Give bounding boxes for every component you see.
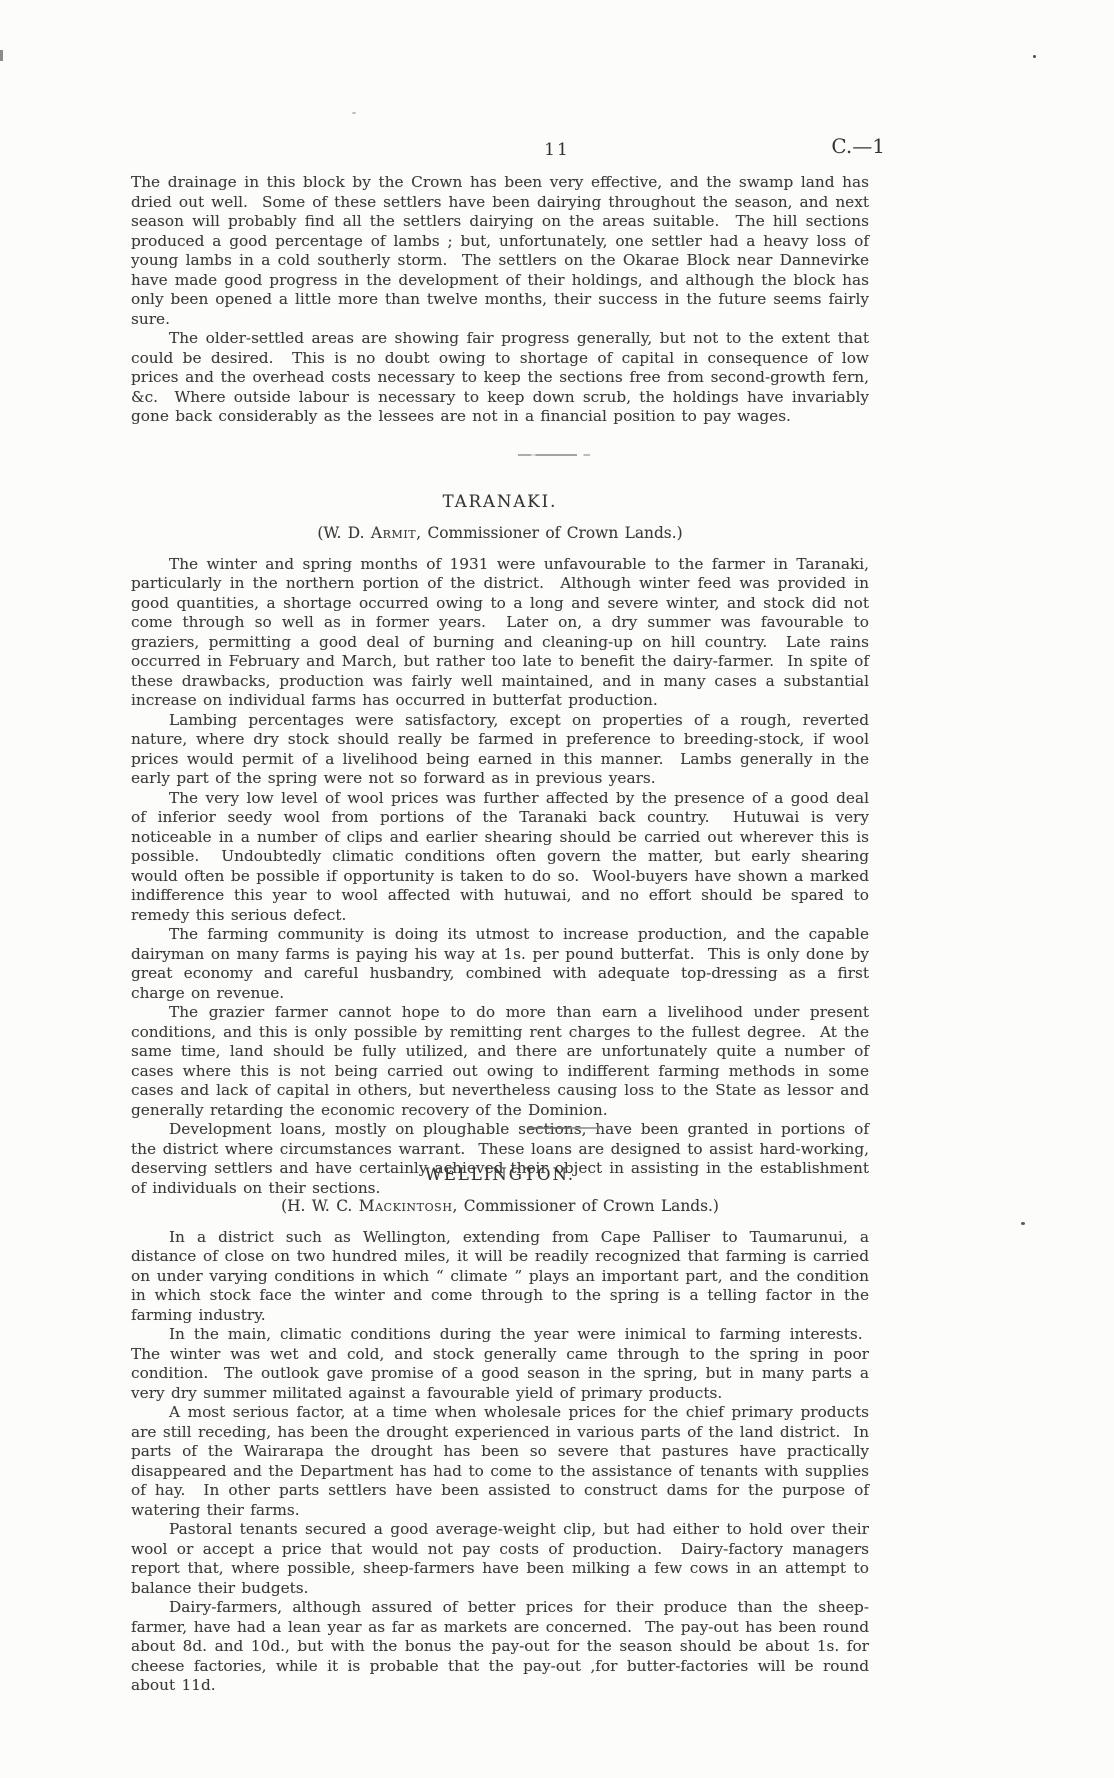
- byline-post: , Commissioner of Crown Lands.): [416, 524, 682, 542]
- body-paragraph: Lambing percentages were satisfactory, e…: [131, 711, 869, 789]
- intro-block: The drainage in this block by the Crown …: [131, 173, 869, 427]
- body-paragraph: Dairy-farmers, although assured of bette…: [131, 1598, 869, 1696]
- section-title: TARANAKI.: [131, 492, 869, 511]
- byline-pre: (H. W. C.: [281, 1197, 359, 1215]
- section-byline: (H. W. C. Mackintosh, Commissioner of Cr…: [131, 1197, 869, 1217]
- section-divider: [518, 454, 598, 456]
- scan-speck: [0, 50, 3, 61]
- page-header: 11 C.—1: [0, 140, 1114, 170]
- scanned-document-page: 11 C.—1 The drainage in this block by th…: [0, 0, 1114, 1778]
- section-wellington: WELLINGTON. (H. W. C. Mackintosh, Commis…: [131, 1165, 869, 1696]
- body-paragraph: The winter and spring months of 1931 wer…: [131, 555, 869, 711]
- section-byline: (W. D. Armit, Commissioner of Crown Land…: [131, 524, 869, 544]
- doc-reference: C.—1: [831, 134, 885, 158]
- byline-name: Mackintosh: [359, 1197, 453, 1215]
- page-number: 11: [0, 140, 1114, 160]
- byline-pre: (W. D.: [317, 524, 371, 542]
- body-paragraph: In a district such as Wellington, extend…: [131, 1228, 869, 1326]
- body-paragraph: A most serious factor, at a time when wh…: [131, 1403, 869, 1520]
- section-title: WELLINGTON.: [131, 1165, 869, 1184]
- body-paragraph: The drainage in this block by the Crown …: [131, 173, 869, 329]
- body-paragraph: Pastoral tenants secured a good average-…: [131, 1520, 869, 1598]
- body-paragraph: The older-settled areas are showing fair…: [131, 329, 869, 427]
- section-taranaki: TARANAKI. (W. D. Armit, Commissioner of …: [131, 492, 869, 1198]
- scan-speck: [1021, 1222, 1025, 1225]
- body-paragraph: The very low level of wool prices was fu…: [131, 789, 869, 926]
- body-paragraph: In the main, climatic conditions during …: [131, 1325, 869, 1403]
- byline-post: , Commissioner of Crown Lands.): [453, 1197, 719, 1215]
- scan-speck: [1033, 55, 1036, 58]
- scan-speck: [352, 112, 356, 114]
- section-divider: [529, 1127, 603, 1129]
- body-paragraph: The grazier farmer cannot hope to do mor…: [131, 1003, 869, 1120]
- body-paragraph: The farming community is doing its utmos…: [131, 925, 869, 1003]
- byline-name: Armit: [371, 524, 416, 542]
